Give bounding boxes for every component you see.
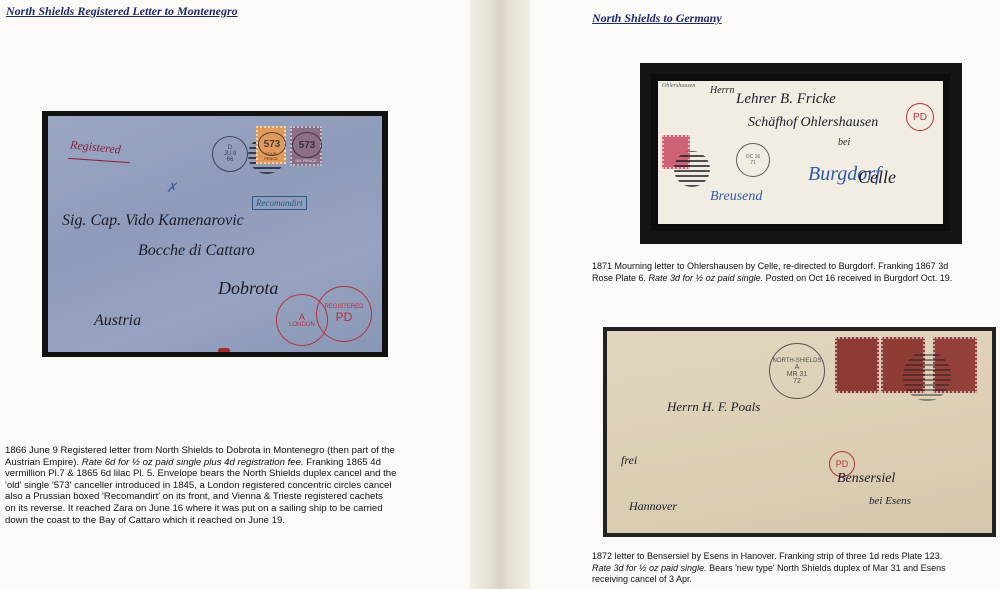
address-line-1: Sig. Cap. Vido Kamenarovic (62, 212, 244, 230)
caption-bensersiel: 1872 letter to Bensersiel by Esens in Ha… (592, 551, 997, 586)
cover-bensersiel[interactable]: NORTH-SHIELDS A MR 31 72 Herrn H. F. Poa… (607, 331, 992, 533)
address-line-4: bei Esens (869, 495, 911, 507)
address-line-1: Herrn (710, 85, 734, 96)
address-line-2: Bocche di Cattaro (138, 242, 255, 260)
address-line-3: Schäfhof Ohlershausen (748, 115, 878, 131)
address-line-2: Lehrer B. Fricke (736, 91, 836, 108)
redirect-line: Breusend (710, 189, 762, 205)
numeral-573-cancel-1: 573 (258, 132, 286, 156)
caption-mourning-letter: 1871 Mourning letter to Ohlershausen by … (592, 261, 997, 284)
left-page-heading: North Shields Registered Letter to Monte… (6, 4, 238, 19)
address-line-3: Bensersiel (837, 471, 895, 487)
right-page-heading: North Shields to Germany (592, 11, 722, 26)
wax-seal (218, 348, 230, 352)
address-line-1: Herrn H. F. Poals (667, 399, 760, 415)
caption-montenegro: 1866 June 9 Registered letter from North… (5, 445, 465, 526)
address-line-3: Dobrota (218, 278, 278, 299)
cover-mourning-letter[interactable]: Ohlershausen Herrn Lehrer B. Fricke Schä… (651, 74, 950, 231)
page-gutter (470, 0, 530, 589)
north-shields-duplex-postmark: OC 16 71 (736, 143, 770, 177)
north-shields-duplex-postmark: D JU 9 66 (212, 136, 248, 172)
registered-manuscript: Registered (69, 137, 121, 157)
cover-montenegro[interactable]: Registered D JU 9 66 FOUR PENCE SIX PENC… (48, 116, 382, 352)
registered-pd-cachet: REGISTERED PD (316, 286, 372, 342)
frei-note: frei (621, 453, 637, 468)
address-line-5: Hannover (629, 499, 677, 514)
numeral-573-cancel-2: 573 (292, 132, 322, 158)
blue-crayon-mark: ✗ (166, 180, 177, 196)
numeral-573-obliterator (674, 151, 710, 187)
address-line-5: Celle (858, 167, 896, 188)
address-line-4: bei (838, 137, 850, 148)
address-line-4: Austria (94, 312, 141, 330)
numeral-573-obliterator (903, 351, 951, 401)
corner-pencil-note: Ohlershausen (662, 83, 695, 89)
registered-underline (68, 158, 130, 163)
stamp-1d-red-1[interactable] (835, 337, 879, 393)
recomandirt-boxed-cachet: Recomandirt (252, 196, 307, 210)
pd-red-cachet: PD (906, 103, 934, 131)
north-shields-duplex-postmark: NORTH-SHIELDS A MR 31 72 (769, 343, 825, 399)
